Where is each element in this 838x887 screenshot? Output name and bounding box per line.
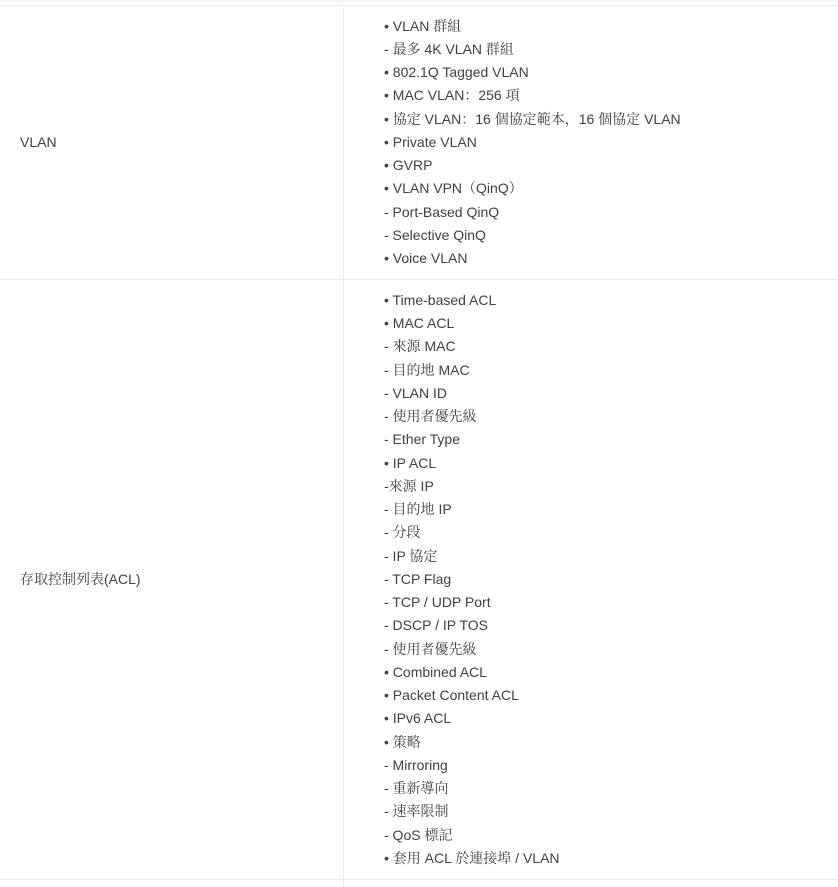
spec-line: • MAC VLAN：256 項 (384, 84, 822, 107)
row-label-cell-stub (0, 880, 344, 887)
spec-list-stub (344, 880, 838, 887)
spec-line: • VLAN 群組 (384, 15, 822, 38)
spec-page: VLAN • VLAN 群組- 最多 4K VLAN 群組• 802.1Q Ta… (0, 0, 838, 887)
spec-line: - Mirroring (384, 754, 822, 777)
spec-line: • IP ACL (384, 452, 822, 475)
spec-line: - VLAN ID (384, 382, 822, 405)
spec-line: • Combined ACL (384, 661, 822, 684)
spec-line: • 802.1Q Tagged VLAN (384, 61, 822, 84)
spec-line: - QoS 標記 (384, 824, 822, 847)
row-label-cell-vlan: VLAN (0, 6, 344, 279)
spec-line: • Private VLAN (384, 131, 822, 154)
spec-line: - 目的地 MAC (384, 359, 822, 382)
spec-line: - Selective QinQ (384, 224, 822, 247)
spec-line: - 來源 MAC (384, 335, 822, 358)
spec-row-next-partial (0, 880, 838, 887)
spec-line: - 速率限制 (384, 800, 822, 823)
spec-line: - 使用者優先級 (384, 638, 822, 661)
spec-line: - 使用者優先級 (384, 405, 822, 428)
spec-line: • 套用 ACL 於連接埠 / VLAN (384, 847, 822, 870)
spec-list-vlan: • VLAN 群組- 最多 4K VLAN 群組• 802.1Q Tagged … (344, 6, 838, 279)
spec-line: - 重新導向 (384, 777, 822, 800)
spec-line: • MAC ACL (384, 312, 822, 335)
spec-line: • IPv6 ACL (384, 707, 822, 730)
row-label-acl: 存取控制列表(ACL) (20, 568, 141, 591)
spec-list-acl: • Time-based ACL• MAC ACL- 來源 MAC- 目的地 M… (344, 280, 838, 879)
spec-line: - DSCP / IP TOS (384, 614, 822, 637)
spec-line: • Time-based ACL (384, 289, 822, 312)
spec-line: - TCP / UDP Port (384, 591, 822, 614)
spec-line: - 分段 (384, 521, 822, 544)
spec-row-vlan: VLAN • VLAN 群組- 最多 4K VLAN 群組• 802.1Q Ta… (0, 6, 838, 280)
row-label-vlan: VLAN (20, 131, 57, 154)
spec-line: • 策略 (384, 731, 822, 754)
spec-line: • 協定 VLAN：16 個協定範本，16 個協定 VLAN (384, 108, 822, 131)
spec-line: - Port-Based QinQ (384, 201, 822, 224)
spec-line: • Packet Content ACL (384, 684, 822, 707)
spec-line: - IP 協定 (384, 545, 822, 568)
row-label-cell-acl: 存取控制列表(ACL) (0, 280, 344, 879)
spec-row-acl: 存取控制列表(ACL) • Time-based ACL• MAC ACL- 來… (0, 280, 838, 880)
spec-line: - 目的地 IP (384, 498, 822, 521)
spec-line: • GVRP (384, 154, 822, 177)
spec-line: - Ether Type (384, 428, 822, 451)
spec-table: VLAN • VLAN 群組- 最多 4K VLAN 群組• 802.1Q Ta… (0, 5, 838, 887)
spec-line: • VLAN VPN（QinQ） (384, 177, 822, 200)
spec-line: - TCP Flag (384, 568, 822, 591)
spec-line: • Voice VLAN (384, 247, 822, 270)
spec-line: - 最多 4K VLAN 群組 (384, 38, 822, 61)
spec-line: -來源 IP (384, 475, 822, 498)
